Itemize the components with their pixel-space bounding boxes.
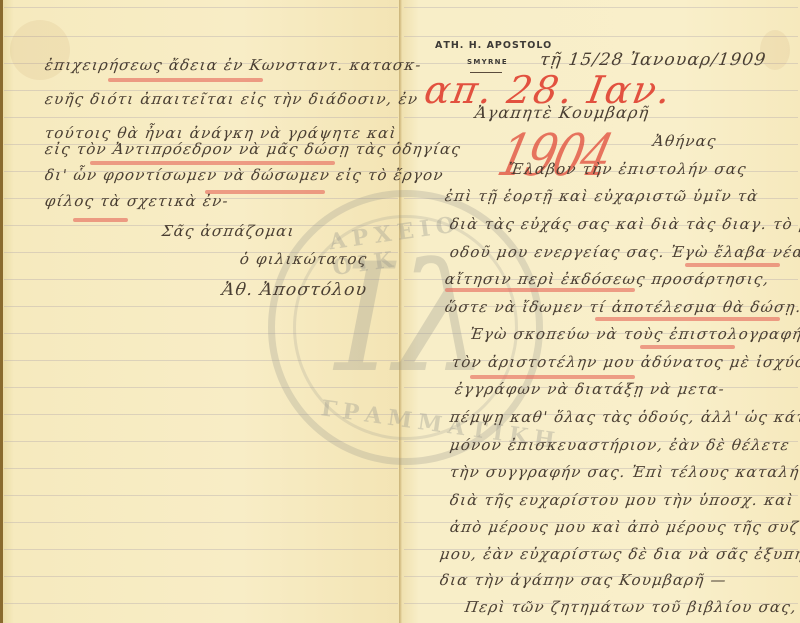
- red-underline: [445, 288, 635, 292]
- handwritten-line: εἰς τὸν Ἀντιπρόεδρον νὰ μᾶς δώσῃ τὰς ὁδη…: [44, 140, 463, 158]
- red-number: 1904: [492, 121, 618, 189]
- signature: Ἀθ. Ἀποστόλου: [221, 280, 369, 300]
- letter-scan: Ιλ ΑΡΧΕΙΟ ΟΙΚ ΓΡΑΜΜΑΤΙΚΗ ἐπιχειρήσεως ἄδ…: [0, 0, 800, 623]
- handwritten-line: τὴν συγγραφήν σας. Ἐπὶ τέλους καταλήγω: [449, 463, 800, 481]
- letterhead-name: ΑΤΗ. Η. APOSTOLO: [435, 40, 552, 51]
- red-underline: [108, 78, 263, 82]
- letterhead-city: SMYRNE: [467, 58, 508, 66]
- handwritten-line: διὰ τὰς εὐχάς σας καὶ διὰ τὰς διαγ. τὸ μ…: [449, 215, 800, 233]
- handwritten-line: μου, ἐὰν εὐχαρίστως δὲ δια νὰ σᾶς ἐξυπηρ…: [439, 545, 800, 563]
- red-underline: [640, 345, 735, 349]
- handwritten-line: μόνον ἐπισκευαστήριον, ἐὰν δὲ θέλετε: [449, 436, 792, 454]
- handwritten-line: δια τὴν ἀγάπην σας Κουμβαρῆ —: [439, 571, 728, 589]
- place-line: Ἀθήνας: [652, 132, 718, 150]
- red-underline: [685, 263, 780, 267]
- handwritten-line: πέμψῃ καθ' ὅλας τὰς ὁδούς, ἀλλ' ὡς κάτι: [449, 408, 800, 426]
- handwritten-line: ὥστε νὰ ἴδωμεν τί ἀποτέλεσμα θὰ δώσῃ.: [444, 298, 800, 316]
- handwritten-line: ευῆς διότι ἀπαιτεῖται εἰς τὴν διάδοσιν, …: [44, 90, 420, 108]
- red-underline: [470, 375, 635, 379]
- closing-line: Σᾶς ἀσπάζομαι: [161, 222, 296, 240]
- handwritten-line: διὰ τῆς ευχαρίστου μου τὴν ὑποσχ. καὶ: [449, 491, 795, 509]
- handwritten-line: Περὶ τῶν ζητημάτων τοῦ βιβλίου σας, δὲν: [464, 598, 800, 616]
- handwritten-line: αἴτησιν περὶ ἐκδόσεως προσάρτησις,: [444, 270, 771, 288]
- handwritten-line: δι' ὧν φροντίσωμεν νὰ δώσωμεν εἰς τὸ ἔργ…: [44, 166, 445, 184]
- handwritten-line: ἀπὸ μέρους μου καὶ ἀπὸ μέρους τῆς συζύγο…: [449, 518, 800, 536]
- handwritten-line: οδοῦ μου ενεργείας σας. Ἐγὼ ἔλαβα νέα: [449, 243, 800, 261]
- salutation: Ἀγαπητὲ Κουμβαρῆ: [474, 103, 651, 122]
- handwritten-line: ἐπὶ τῇ ἑορτῇ καὶ εὐχαριστῶ ὑμῖν τὰ: [444, 187, 760, 205]
- red-underline: [595, 317, 780, 321]
- red-underline: [73, 218, 128, 222]
- handwritten-line: ἐγγράφων νὰ διατάξῃ νὰ μετα-: [454, 380, 726, 398]
- page-edge: [0, 0, 3, 623]
- red-underline: [90, 161, 335, 165]
- handwritten-line: τὸν ἀριστοτέλην μου ἀδύνατος μὲ ἰσχύοντα: [451, 353, 800, 371]
- date-line: τῇ 15/28 Ἰανουαρ/1909: [539, 50, 768, 70]
- handwritten-line: Ἐγὼ σκοπεύω νὰ τοὺς ἐπιστολογραφήσω καὶ: [469, 325, 800, 343]
- closing-line: ὁ φιλικώτατος: [239, 250, 369, 268]
- handwritten-line: ἐπιχειρήσεως ἄδεια ἐν Κωνσταντ. κατασκ-: [44, 56, 423, 74]
- handwritten-line: Ἔλαβον τὴν ἐπιστολήν σας: [507, 160, 748, 178]
- handwritten-line: φίλος τὰ σχετικὰ ἐν-: [44, 192, 230, 210]
